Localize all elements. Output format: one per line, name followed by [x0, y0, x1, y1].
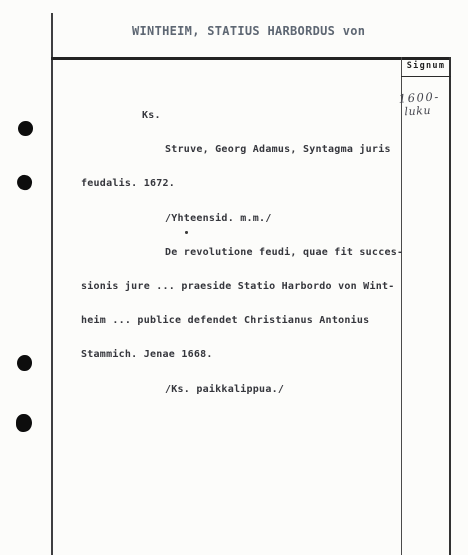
body-line-sionis-jure: sionis jure ... praeside Statio Harbordo…: [81, 281, 411, 293]
card-top-rule: [51, 57, 451, 60]
signum-header-underline: [401, 76, 451, 78]
signum-column-header: Signum: [401, 61, 451, 71]
body-line-paikkalippua: /Ks. paikkalippua./: [81, 384, 411, 396]
body-line-struve: Struve, Georg Adamus, Syntagma juris: [81, 144, 411, 156]
body-line-yhteensid: /Yhteensid. m.m./: [81, 213, 411, 225]
library-catalog-card-scan: { "header": { "title": "WINTHEIM, STATIU…: [0, 0, 468, 555]
card-body-text: Ks. Struve, Georg Adamus, Syntagma juris…: [81, 88, 411, 407]
body-line-stammich: Stammich. Jenae 1668.: [81, 349, 411, 361]
stray-ink-dot: [185, 231, 188, 234]
body-line-feudalis: feudalis. 1672.: [81, 178, 411, 190]
hole-punch-dot: [16, 174, 34, 192]
card-header-author: WINTHEIM, STATIUS HARBORDUS von: [132, 25, 365, 38]
card-right-border: [449, 57, 451, 555]
body-line-ks: Ks.: [81, 110, 411, 122]
hole-punch-dot: [16, 414, 32, 432]
card-left-margin-rule: [51, 13, 53, 555]
body-line-heim: heim ... publice defendet Christianus An…: [81, 315, 411, 327]
hole-punch-dot: [18, 121, 33, 136]
hole-punch-dot: [17, 355, 32, 371]
body-line-de-revolutione: De revolutione feudi, quae fit succes-: [81, 247, 411, 259]
